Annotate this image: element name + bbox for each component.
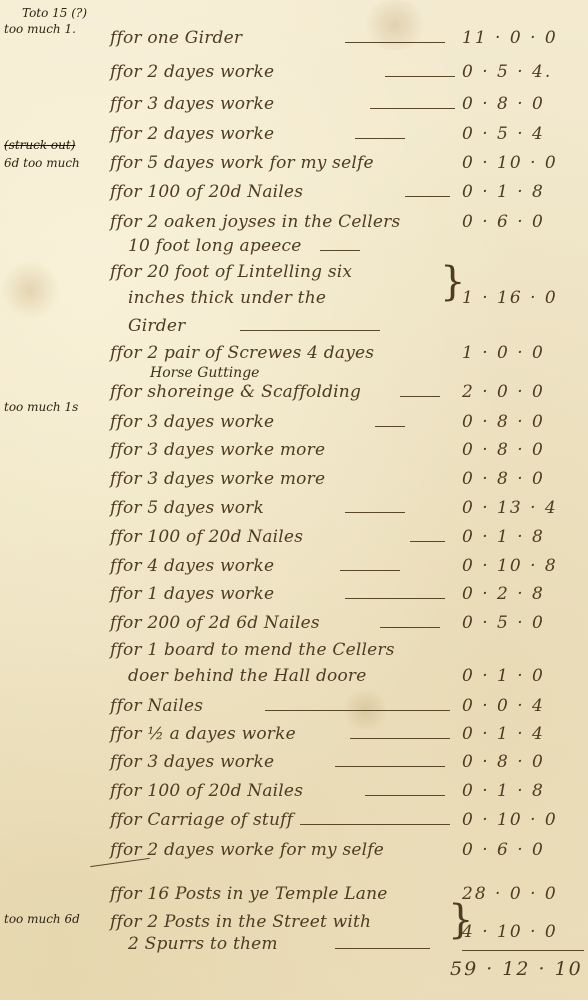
entry-description: ffor 4 dayes worke <box>110 556 274 576</box>
ledger-row: ffor 100 of 20d Nailes 0 · 1 · 8 <box>0 182 588 208</box>
entry-description: ffor 16 Posts in ye Temple Lane <box>110 884 388 904</box>
ledger-row: ffor 3 dayes worke more 0 · 8 · 0 <box>0 440 588 466</box>
entry-amount: 0 · 8 · 0 <box>462 412 582 432</box>
entry-amount: 0 · 10 · 0 <box>462 810 582 830</box>
leader-line <box>365 795 445 796</box>
entry-description: ffor 2 Posts in the Street with <box>110 912 371 932</box>
entry-amount: 0 · 5 · 4 <box>462 124 582 144</box>
ledger-row: ffor 3 dayes worke more 0 · 8 · 0 <box>0 469 588 495</box>
ledger-row-continued: 10 foot long apeece <box>0 236 588 262</box>
leader-line <box>380 627 440 628</box>
leader-line <box>335 948 430 949</box>
entry-description: doer behind the Hall doore <box>128 666 367 686</box>
entry-amount: 0 · 8 · 0 <box>462 440 582 460</box>
entry-description: ffor Nailes <box>110 696 203 716</box>
entry-description: ffor 1 dayes worke <box>110 584 274 604</box>
ledger-row: ffor Carriage of stuff 0 · 10 · 0 <box>0 810 588 836</box>
entry-description: ffor 3 dayes worke <box>110 752 274 772</box>
entry-amount: 0 · 10 · 0 <box>462 153 582 173</box>
ledger-row: ffor 3 dayes worke 0 · 8 · 0 <box>0 94 588 120</box>
leader-line <box>400 396 440 397</box>
entry-amount: 0 · 6 · 0 <box>462 212 582 232</box>
entry-amount: 0 · 1 · 8 <box>462 781 582 801</box>
entry-description: ffor 2 dayes worke <box>110 124 274 144</box>
entry-description: ffor 2 oaken joyses in the Cellers <box>110 212 400 232</box>
entry-amount: 0 · 10 · 8 <box>462 556 582 576</box>
ledger-row: ffor one Girder 11 · 0 · 0 <box>0 28 588 54</box>
leader-line <box>335 766 445 767</box>
ledger-row: ffor 2 pair of Screwes 4 dayes 1 · 0 · 0 <box>0 343 588 369</box>
leader-line <box>345 512 405 513</box>
ledger-row: ffor 16 Posts in ye Temple Lane 28 · 0 ·… <box>0 884 588 910</box>
ledger-row-continued: inches thick under the 1 · 16 · 0 <box>0 288 588 314</box>
ledger-row: ffor shoreinge & Scaffolding 2 · 0 · 0 <box>0 382 588 408</box>
entry-amount: 0 · 8 · 0 <box>462 469 582 489</box>
ledger-row-continued: 2 Spurrs to them 4 · 10 · 0 <box>0 934 588 960</box>
brace-icon: } <box>440 262 465 302</box>
entry-amount: 0 · 2 · 8 <box>462 584 582 604</box>
ledger-row: ffor 2 dayes worke 0 · 5 · 4 <box>0 124 588 150</box>
entry-description: ffor 100 of 20d Nailes <box>110 527 303 547</box>
total-rule <box>462 950 584 951</box>
ledger-row: ffor 2 dayes worke 0 · 5 · 4. <box>0 62 588 88</box>
entry-description: ffor one Girder <box>110 28 242 48</box>
entry-description: ffor 100 of 20d Nailes <box>110 182 303 202</box>
entry-amount: 4 · 10 · 0 <box>462 922 582 942</box>
ledger-row: ffor 4 dayes worke 0 · 10 · 8 <box>0 556 588 582</box>
entry-amount: 0 · 8 · 0 <box>462 94 582 114</box>
ledger-row: ffor 2 dayes worke for my selfe 0 · 6 · … <box>0 840 588 866</box>
leader-line <box>350 738 450 739</box>
ledger-row: ffor 100 of 20d Nailes 0 · 1 · 8 <box>0 781 588 807</box>
entry-description: ffor 3 dayes worke more <box>110 469 325 489</box>
entry-description: 2 Spurrs to them <box>128 934 278 954</box>
entry-amount: 0 · 6 · 0 <box>462 840 582 860</box>
entry-description: ffor 5 dayes work <box>110 498 264 518</box>
leader-line <box>345 598 445 599</box>
entry-amount: 11 · 0 · 0 <box>462 28 582 48</box>
leader-line <box>345 42 445 43</box>
entry-description: inches thick under the <box>128 288 326 308</box>
entry-amount: 0 · 5 · 4. <box>462 62 582 82</box>
leader-line <box>300 824 450 825</box>
entry-amount: 0 · 1 · 4 <box>462 724 582 744</box>
entry-amount: 1 · 0 · 0 <box>462 343 582 363</box>
ledger-row: ffor 5 dayes work 0 · 13 · 4 <box>0 498 588 524</box>
entry-description: ffor 3 dayes worke <box>110 412 274 432</box>
entry-amount: 0 · 8 · 0 <box>462 752 582 772</box>
ledger-row-continued: doer behind the Hall doore 0 · 1 · 0 <box>0 666 588 692</box>
entry-amount: 0 · 0 · 4 <box>462 696 582 716</box>
manuscript-page: Toto 15 (?) too much 1. (struck out) 6d … <box>0 0 588 1000</box>
ledger-row: ffor 200 of 2d 6d Nailes 0 · 5 · 0 <box>0 613 588 639</box>
leader-line <box>320 250 360 251</box>
entry-amount: 0 · 13 · 4 <box>462 498 582 518</box>
entry-amount: 0 · 1 · 0 <box>462 666 582 686</box>
entry-amount: 2 · 0 · 0 <box>462 382 582 402</box>
entry-amount: 0 · 5 · 0 <box>462 613 582 633</box>
ledger-row: ffor Nailes 0 · 0 · 4 <box>0 696 588 722</box>
entry-description: ffor 2 dayes worke <box>110 62 274 82</box>
leader-line <box>385 76 455 77</box>
entry-description: ffor 3 dayes worke more <box>110 440 325 460</box>
grand-total: 59 · 12 · 10 <box>450 958 583 980</box>
leader-line <box>405 196 450 197</box>
ledger-row-continued: Girder <box>0 316 588 342</box>
entry-amount: 0 · 1 · 8 <box>462 182 582 202</box>
entry-amount: 0 · 1 · 8 <box>462 527 582 547</box>
leader-line <box>340 570 400 571</box>
entry-description: 10 foot long apeece <box>128 236 301 256</box>
entry-description: ffor ½ a dayes worke <box>110 724 296 744</box>
leader-line <box>375 426 405 427</box>
entry-description: ffor 2 dayes worke for my selfe <box>110 840 384 860</box>
entry-description: ffor Carriage of stuff <box>110 810 293 830</box>
entry-description: ffor shoreinge & Scaffolding <box>110 382 361 402</box>
margin-note: Toto 15 (?) <box>22 6 87 20</box>
entry-description: Girder <box>128 316 185 336</box>
leader-line <box>265 710 450 711</box>
entry-description: ffor 100 of 20d Nailes <box>110 781 303 801</box>
ledger-row: ffor 2 oaken joyses in the Cellers 0 · 6… <box>0 212 588 238</box>
leader-line <box>370 108 455 109</box>
ledger-row: ffor 20 foot of Lintelling six <box>0 262 588 288</box>
ledger-row: ffor 1 dayes worke 0 · 2 · 8 <box>0 584 588 610</box>
entry-description: ffor 200 of 2d 6d Nailes <box>110 613 320 633</box>
entry-amount: 1 · 16 · 0 <box>462 288 582 308</box>
ledger-row: ffor 5 dayes work for my selfe 0 · 10 · … <box>0 153 588 179</box>
ledger-row: ffor 1 board to mend the Cellers <box>0 640 588 666</box>
entry-description: ffor 20 foot of Lintelling six <box>110 262 352 282</box>
ledger-row: ffor 3 dayes worke 0 · 8 · 0 <box>0 752 588 778</box>
entry-amount: 28 · 0 · 0 <box>462 884 582 904</box>
leader-line <box>410 541 445 542</box>
leader-line <box>240 330 380 331</box>
entry-description: ffor 2 pair of Screwes 4 dayes <box>110 343 374 363</box>
ledger-row: ffor ½ a dayes worke 0 · 1 · 4 <box>0 724 588 750</box>
leader-line <box>355 138 405 139</box>
ledger-row: ffor 100 of 20d Nailes 0 · 1 · 8 <box>0 527 588 553</box>
entry-description: ffor 1 board to mend the Cellers <box>110 640 395 660</box>
entry-description: ffor 3 dayes worke <box>110 94 274 114</box>
ledger-row: ffor 3 dayes worke 0 · 8 · 0 <box>0 412 588 438</box>
entry-description: ffor 5 dayes work for my selfe <box>110 153 374 173</box>
